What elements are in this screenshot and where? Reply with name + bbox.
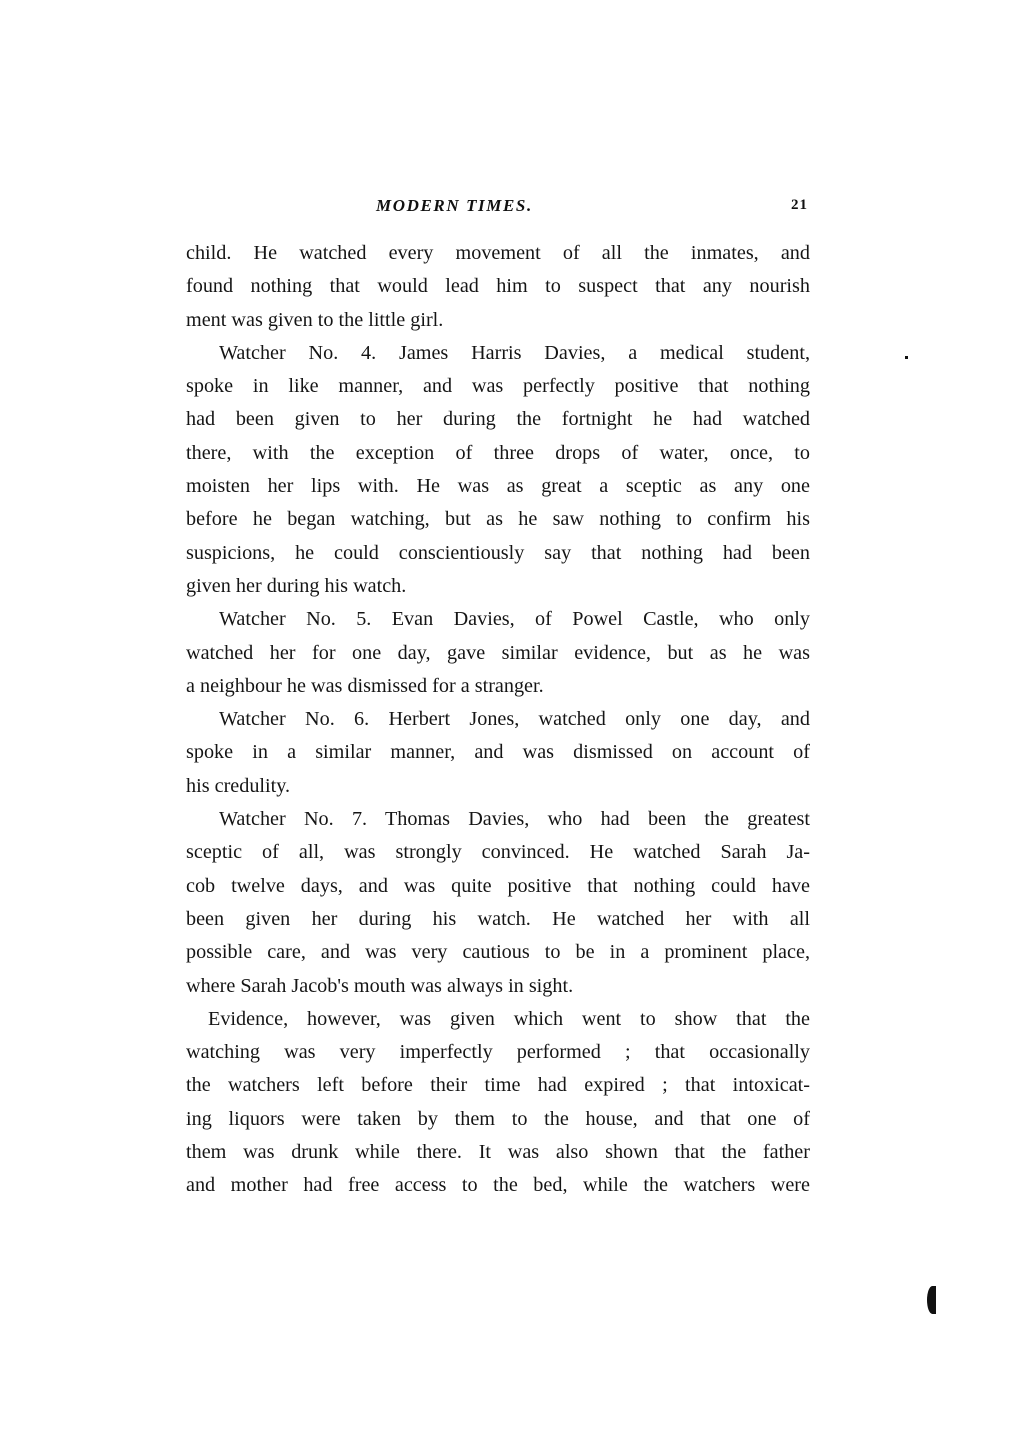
text-line: Watcher No. 4. James Harris Davies, a me…: [186, 337, 810, 370]
text-line: ment was given to the little girl.: [186, 304, 810, 337]
text-line: there, with the exception of three drops…: [186, 437, 810, 470]
text-line: child. He watched every movement of all …: [186, 237, 810, 270]
text-line: Watcher No. 6. Herbert Jones, watched on…: [186, 703, 810, 736]
text-line: watched her for one day, gave similar ev…: [186, 637, 810, 670]
text-line: cob twelve days, and was quite positive …: [186, 870, 810, 903]
text-line: given her during his watch.: [186, 570, 810, 603]
text-line: spoke in a similar manner, and was dismi…: [186, 736, 810, 769]
book-page: MODERN TIMES. 21 child. He watched every…: [0, 0, 1025, 1429]
text-line: where Sarah Jacob's mouth was always in …: [186, 970, 810, 1003]
text-line: his credulity.: [186, 770, 810, 803]
text-line: and mother had free access to the bed, w…: [186, 1169, 810, 1202]
text-line: ing liquors were taken by them to the ho…: [186, 1103, 810, 1136]
paragraph-watcher-5: Watcher No. 5. Evan Davies, of Powel Cas…: [186, 603, 810, 703]
text-line: found nothing that would lead him to sus…: [186, 270, 810, 303]
paragraph-evidence: Evidence, however, was given which went …: [186, 1003, 810, 1203]
text-line: possible care, and was very cautious to …: [186, 936, 810, 969]
text-line: the watchers left before their time had …: [186, 1069, 810, 1102]
scan-speck: [905, 356, 908, 359]
text-line: Watcher No. 5. Evan Davies, of Powel Cas…: [186, 603, 810, 636]
text-line: Watcher No. 7. Thomas Davies, who had be…: [186, 803, 810, 836]
scan-edge-mark: [927, 1286, 936, 1314]
text-line: them was drunk while there. It was also …: [186, 1136, 810, 1169]
text-line: had been given to her during the fortnig…: [186, 403, 810, 436]
text-line: before he began watching, but as he saw …: [186, 503, 810, 536]
running-title: MODERN TIMES.: [376, 196, 533, 216]
body-text: child. He watched every movement of all …: [186, 237, 810, 1203]
text-line: suspicions, he could conscientiously say…: [186, 537, 810, 570]
text-line: moisten her lips with. He was as great a…: [186, 470, 810, 503]
text-line: spoke in like manner, and was perfectly …: [186, 370, 810, 403]
text-line: watching was very imperfectly performed …: [186, 1036, 810, 1069]
page-number: 21: [791, 197, 808, 214]
paragraph-watcher-7: Watcher No. 7. Thomas Davies, who had be…: [186, 803, 810, 1003]
running-header: MODERN TIMES. 21: [186, 196, 810, 222]
text-line: Evidence, however, was given which went …: [186, 1003, 810, 1036]
paragraph-watcher-4: Watcher No. 4. James Harris Davies, a me…: [186, 337, 810, 603]
text-line: been given her during his watch. He watc…: [186, 903, 810, 936]
paragraph-continuation: child. He watched every movement of all …: [186, 237, 810, 337]
text-line: a neighbour he was dismissed for a stran…: [186, 670, 810, 703]
text-line: sceptic of all, was strongly convinced. …: [186, 836, 810, 869]
paragraph-watcher-6: Watcher No. 6. Herbert Jones, watched on…: [186, 703, 810, 803]
